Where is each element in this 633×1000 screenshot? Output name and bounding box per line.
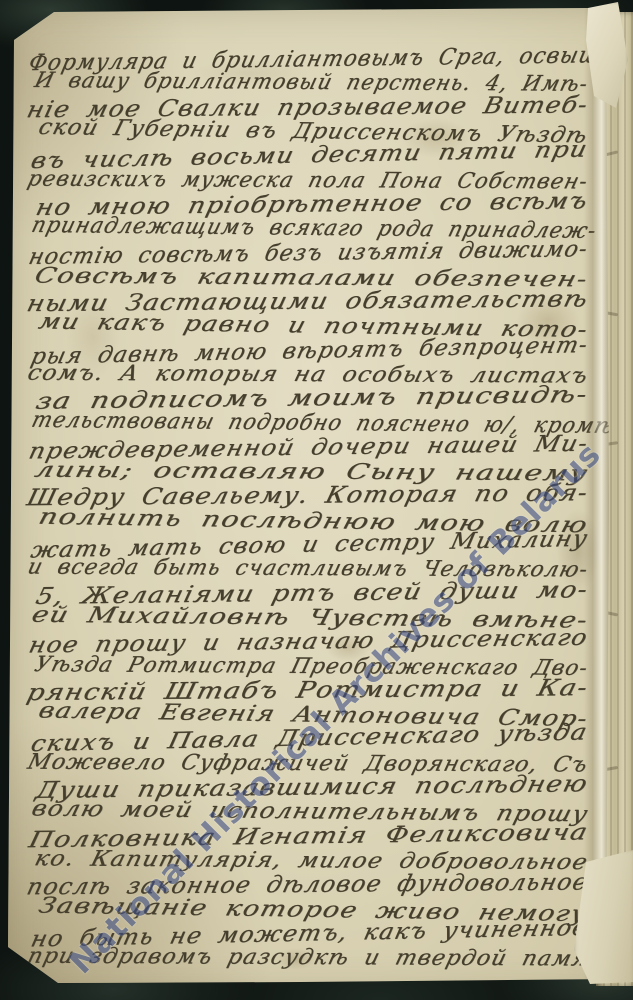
page-edge-crease (584, 8, 609, 980)
archive-scan-stage: Формуляра и брилліантовымъ Срга, освыщ И… (0, 0, 633, 1000)
manuscript-page: Формуляра и брилліантовымъ Срга, освыщ И… (0, 0, 633, 1000)
